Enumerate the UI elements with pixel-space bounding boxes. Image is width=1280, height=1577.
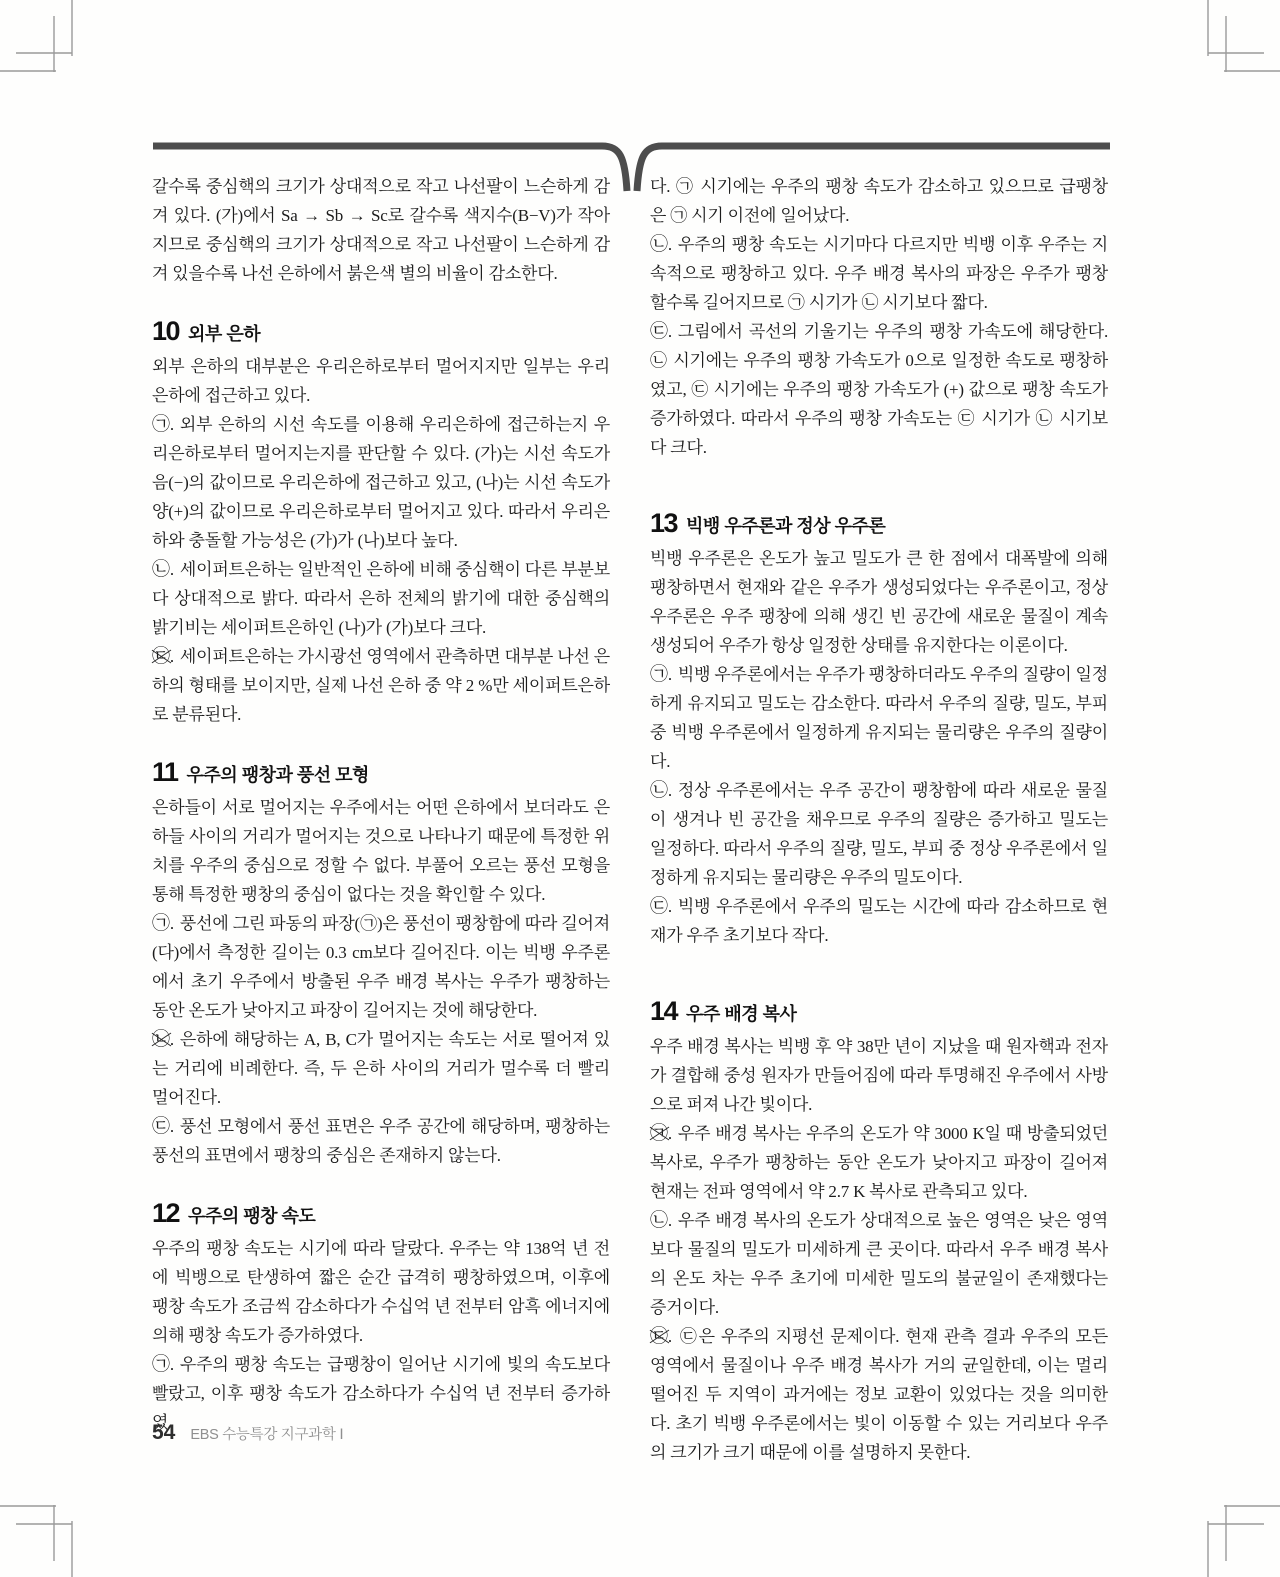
item-text: 정상 우주론에서는 우주 공간이 팽창함에 따라 새로운 물질이 생겨나 빈 공…: [650, 781, 1108, 887]
circled-nieun-mark: ㉡: [152, 560, 170, 578]
answer-mark: ㉠: [650, 665, 672, 684]
answer-mark-crossed: ㉢: [152, 647, 174, 666]
section-12-expansion-speed: 12 우주의 팽창 속도 우주의 팽창 속도는 시기에 따라 달랐다. 우주는 …: [152, 1200, 610, 1437]
crop-mark-bottom-right: [1208, 1505, 1280, 1577]
section-title: 빅뱅 우주론과 정상 우주론: [686, 512, 885, 538]
circled-giyeok-mark: ㉠: [650, 665, 668, 683]
section-13-bigbang-vs-steadystate: 13 빅뱅 우주론과 정상 우주론 빅뱅 우주론은 온도가 높고 밀도가 큰 한…: [650, 510, 1108, 950]
answer-mark: ㉡: [152, 560, 174, 579]
page-number: 54: [152, 1421, 175, 1445]
answer-mark: ㉠: [152, 914, 174, 933]
page-footer: 54 EBS 수능특강 지구과학 Ⅰ: [152, 1421, 343, 1445]
item-text: 다. ㉠ 시기에는 우주의 팽창 속도가 감소하고 있으므로 급팽창은 ㉠ 시기…: [650, 177, 1108, 225]
circled-giyeok-mark-crossed: ㉠: [650, 1124, 668, 1142]
section-header: 10 외부 은하: [152, 318, 610, 346]
crop-mark-top-right: [1208, 0, 1280, 72]
section-14-cosmic-background-radiation: 14 우주 배경 복사 우주 배경 복사는 빅뱅 후 약 38만 년이 지났을 …: [650, 998, 1108, 1467]
explanation-item: ㉢빅뱅 우주론에서 우주의 밀도는 시간에 따라 감소하므로 현재가 우주 초기…: [650, 892, 1108, 950]
circled-giyeok-mark: ㉠: [152, 914, 170, 932]
section-title: 우주의 팽창 속도: [188, 1202, 315, 1228]
textbook-page: { "footer": { "page_number": "54", "book…: [0, 0, 1280, 1577]
circled-giyeok-mark: ㉠: [152, 1355, 170, 1373]
circled-digeut-mark: ㉢: [650, 897, 668, 915]
column-right: 다. ㉠ 시기에는 우주의 팽창 속도가 감소하고 있으므로 급팽창은 ㉠ 시기…: [650, 172, 1108, 1467]
section-header: 13 빅뱅 우주론과 정상 우주론: [650, 510, 1108, 538]
explanation-item: ㉡우주의 팽창 속도는 시기마다 다르지만 빅뱅 이후 우주는 지속적으로 팽창…: [650, 230, 1108, 317]
item-text: 세이퍼트은하는 가시광선 영역에서 관측하면 대부분 나선 은하의 형태를 보이…: [152, 647, 610, 724]
item-text: 빅뱅 우주론에서 우주의 밀도는 시간에 따라 감소하므로 현재가 우주 초기보…: [650, 897, 1108, 945]
answer-mark: ㉢: [152, 1117, 174, 1136]
section-intro: 우주의 팽창 속도는 시기에 따라 달랐다. 우주는 약 138억 년 전에 빅…: [152, 1234, 610, 1350]
explanation-item: ㉠풍선에 그린 파동의 파장(㉠)은 풍선이 팽창함에 따라 길어져 (다)에서…: [152, 909, 610, 1025]
answer-mark: ㉢: [650, 897, 672, 916]
answer-mark: ㉡: [650, 1211, 672, 1230]
section-number: 14: [650, 998, 677, 1025]
answer-mark-crossed: ㉡: [152, 1030, 174, 1049]
section-header: 14 우주 배경 복사: [650, 998, 1108, 1026]
section-number: 10: [152, 318, 179, 345]
lead-paragraph: 갈수록 중심핵의 크기가 상대적으로 작고 나선팔이 느슨하게 감겨 있다. (…: [152, 172, 610, 288]
item-text: 그림에서 곡선의 기울기는 우주의 팽창 가속도에 해당한다. ㉡ 시기에는 우…: [650, 322, 1108, 457]
explanation-item: ㉢그림에서 곡선의 기울기는 우주의 팽창 가속도에 해당한다. ㉡ 시기에는 …: [650, 317, 1108, 462]
answer-mark: ㉢: [650, 322, 672, 341]
answer-mark-crossed: ㉠: [650, 1124, 672, 1143]
explanation-item: ㉡정상 우주론에서는 우주 공간이 팽창함에 따라 새로운 물질이 생겨나 빈 …: [650, 776, 1108, 892]
circled-nieun-mark: ㉡: [650, 1211, 668, 1229]
explanation-item: ㉠빅뱅 우주론에서는 우주가 팽창하더라도 우주의 질량이 일정하게 유지되고 …: [650, 660, 1108, 776]
item-text: 풍선 모형에서 풍선 표면은 우주 공간에 해당하며, 팽창하는 풍선의 표면에…: [152, 1117, 610, 1165]
item-text: 세이퍼트은하는 일반적인 은하에 비해 중심핵이 다른 부분보다 상대적으로 밝…: [152, 560, 610, 637]
circled-digeut-mark-crossed: ㉢: [152, 647, 170, 665]
circled-giyeok-mark: ㉠: [152, 415, 170, 433]
item-text: ㉢은 우주의 지평선 문제이다. 현재 관측 결과 우주의 모든 영역에서 물질…: [650, 1327, 1108, 1462]
section-intro: 빅뱅 우주론은 온도가 높고 밀도가 큰 한 점에서 대폭발에 의해 팽창하면서…: [650, 544, 1108, 660]
section-title: 우주 배경 복사: [686, 1000, 796, 1026]
explanation-item: ㉡우주 배경 복사의 온도가 상대적으로 높은 영역은 낮은 영역보다 물질의 …: [650, 1206, 1108, 1322]
explanation-item: ㉠우주 배경 복사는 우주의 온도가 약 3000 K일 때 방출되었던 복사로…: [650, 1119, 1108, 1206]
crop-mark-top-left: [0, 0, 72, 72]
item-text: 우주의 팽창 속도는 시기마다 다르지만 빅뱅 이후 우주는 지속적으로 팽창하…: [650, 235, 1108, 312]
circled-nieun-mark-crossed: ㉡: [152, 1030, 170, 1048]
circled-nieun-mark: ㉡: [650, 781, 668, 799]
answer-mark: ㉠: [152, 1355, 174, 1374]
item-text: 우주 배경 복사의 온도가 상대적으로 높은 영역은 낮은 영역보다 물질의 밀…: [650, 1211, 1108, 1317]
section-header: 12 우주의 팽창 속도: [152, 1200, 610, 1228]
circled-digeut-mark-crossed: ㉢: [650, 1327, 668, 1345]
answer-mark: ㉡: [650, 235, 672, 254]
item-text: 외부 은하의 시선 속도를 이용해 우리은하에 접근하는지 우리은하로부터 멀어…: [152, 415, 610, 550]
answer-mark: ㉠: [152, 415, 174, 434]
section-title: 외부 은하: [188, 320, 260, 346]
explanation-item: ㉢풍선 모형에서 풍선 표면은 우주 공간에 해당하며, 팽창하는 풍선의 표면…: [152, 1112, 610, 1170]
section-number: 11: [152, 759, 178, 786]
explanation-item: ㉠외부 은하의 시선 속도를 이용해 우리은하에 접근하는지 우리은하로부터 멀…: [152, 410, 610, 555]
column-left: 갈수록 중심핵의 크기가 상대적으로 작고 나선팔이 느슨하게 감겨 있다. (…: [152, 172, 610, 1437]
section-intro: 은하들이 서로 멀어지는 우주에서는 어떤 은하에서 보더라도 은하들 사이의 …: [152, 793, 610, 909]
book-title: EBS 수능특강 지구과학 Ⅰ: [190, 1423, 343, 1444]
section-intro: 우주 배경 복사는 빅뱅 후 약 38만 년이 지났을 때 원자핵과 전자가 결…: [650, 1032, 1108, 1119]
circled-nieun-mark: ㉡: [650, 235, 668, 253]
explanation-item: ㉡은하에 해당하는 A, B, C가 멀어지는 속도는 서로 떨어져 있는 거리…: [152, 1025, 610, 1112]
circled-digeut-mark: ㉢: [650, 322, 668, 340]
section-11-expansion-balloon-model: 11 우주의 팽창과 풍선 모형 은하들이 서로 멀어지는 우주에서는 어떤 은…: [152, 759, 610, 1170]
item-text: 우주 배경 복사는 우주의 온도가 약 3000 K일 때 방출되었던 복사로,…: [650, 1124, 1108, 1201]
item-text: 은하에 해당하는 A, B, C가 멀어지는 속도는 서로 떨어져 있는 거리에…: [152, 1030, 610, 1107]
section-10-external-galaxies: 10 외부 은하 외부 은하의 대부분은 우리은하로부터 멀어지지만 일부는 우…: [152, 318, 610, 729]
circled-digeut-mark: ㉢: [152, 1117, 170, 1135]
section-number: 13: [650, 510, 677, 537]
explanation-item: ㉢세이퍼트은하는 가시광선 영역에서 관측하면 대부분 나선 은하의 형태를 보…: [152, 642, 610, 729]
section-header: 11 우주의 팽창과 풍선 모형: [152, 759, 610, 787]
section-intro: 외부 은하의 대부분은 우리은하로부터 멀어지지만 일부는 우리은하에 접근하고…: [152, 352, 610, 410]
item-text: 풍선에 그린 파동의 파장(㉠)은 풍선이 팽창함에 따라 길어져 (다)에서 …: [152, 914, 610, 1020]
explanation-item-continued: 다. ㉠ 시기에는 우주의 팽창 속도가 감소하고 있으므로 급팽창은 ㉠ 시기…: [650, 172, 1108, 230]
explanation-item: ㉡세이퍼트은하는 일반적인 은하에 비해 중심핵이 다른 부분보다 상대적으로 …: [152, 555, 610, 642]
crop-mark-bottom-left: [0, 1505, 72, 1577]
explanation-item: ㉢㉢은 우주의 지평선 문제이다. 현재 관측 결과 우주의 모든 영역에서 물…: [650, 1322, 1108, 1467]
item-text: 빅뱅 우주론에서는 우주가 팽창하더라도 우주의 질량이 일정하게 유지되고 밀…: [650, 665, 1108, 771]
page-body: 갈수록 중심핵의 크기가 상대적으로 작고 나선팔이 느슨하게 감겨 있다. (…: [152, 172, 1108, 1467]
section-number: 12: [152, 1200, 179, 1227]
answer-mark-crossed: ㉢: [650, 1327, 672, 1346]
section-title: 우주의 팽창과 풍선 모형: [187, 761, 369, 787]
answer-mark: ㉡: [650, 781, 672, 800]
